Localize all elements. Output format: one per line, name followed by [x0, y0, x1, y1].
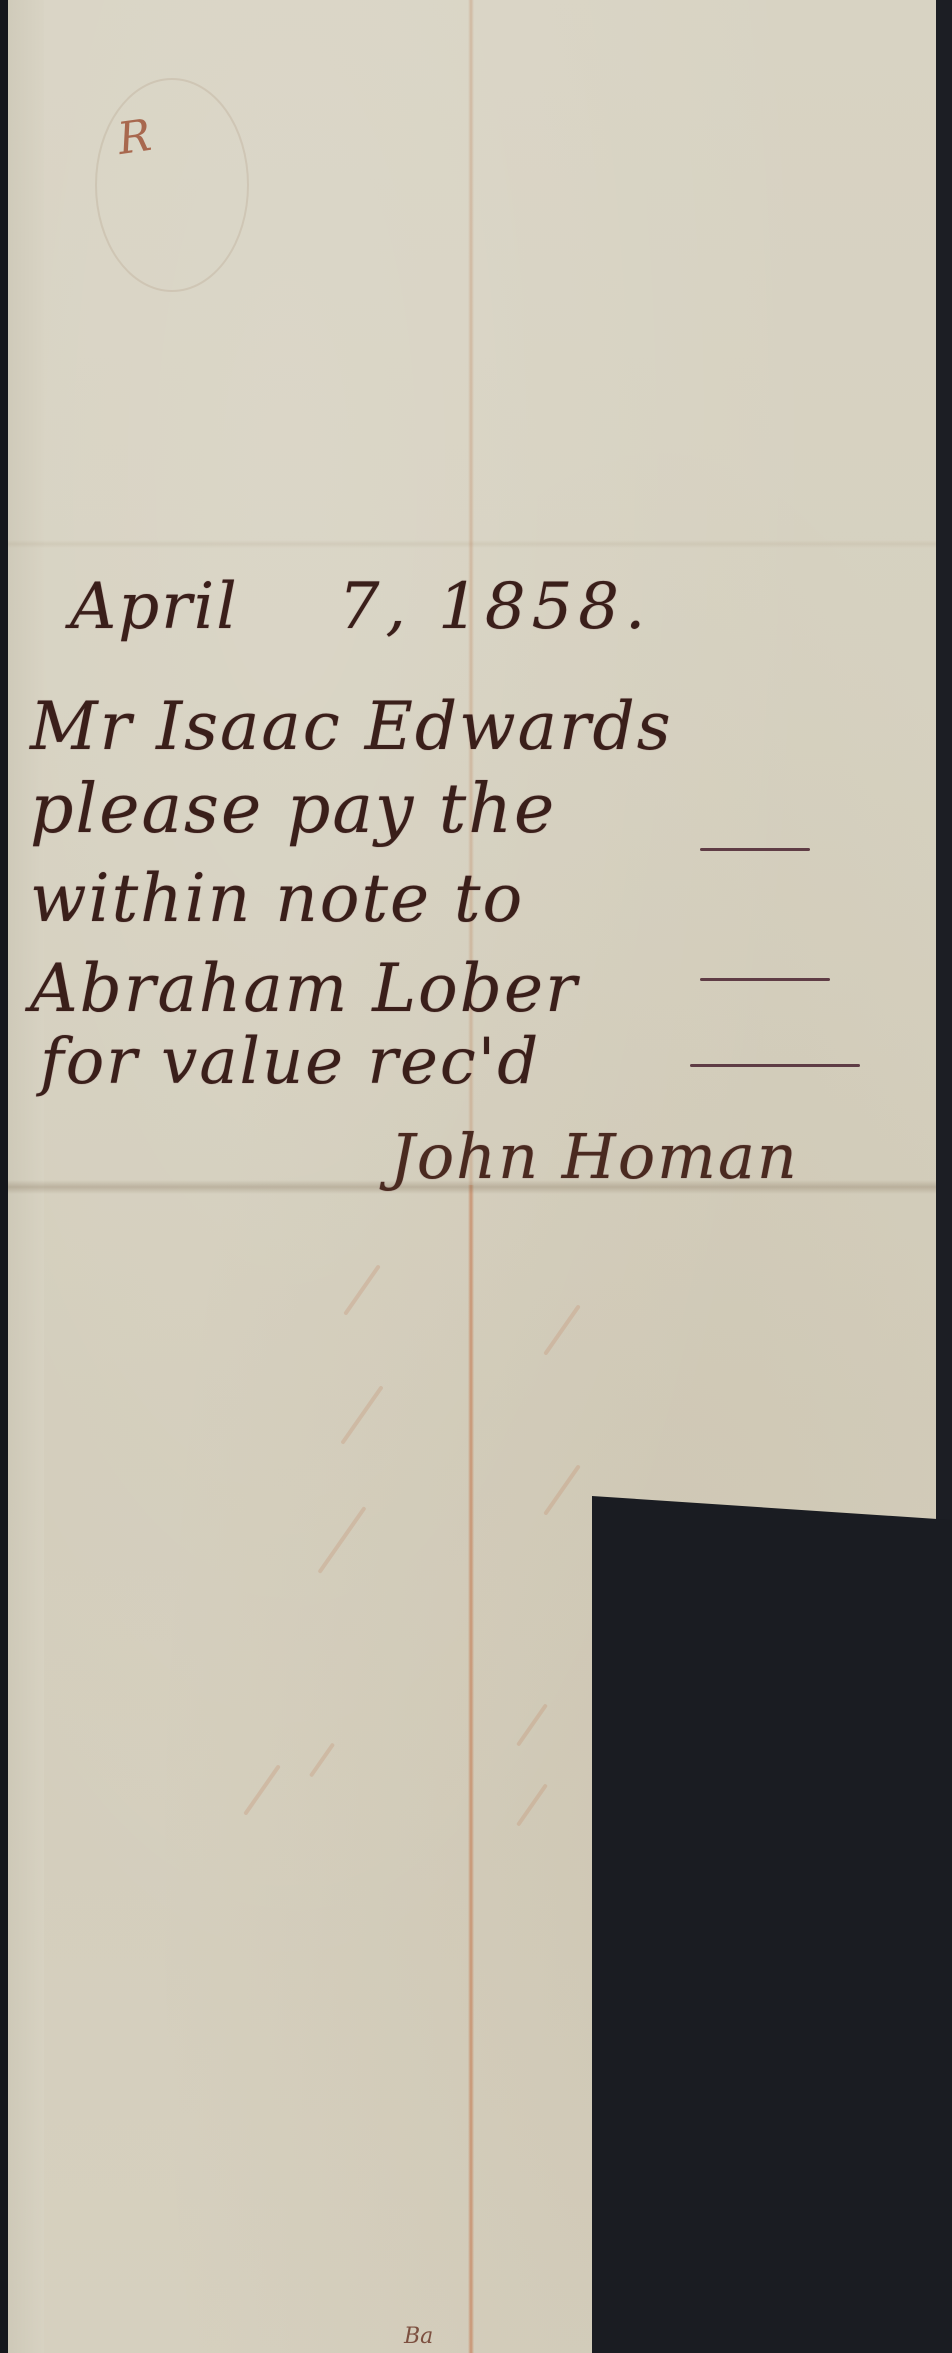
dark-backing-cutout	[592, 1496, 952, 2353]
ink-flourish	[700, 978, 830, 981]
instruction-line-1: please pay the	[30, 770, 556, 849]
signature: John Homan	[390, 1120, 799, 1193]
document-scan: R April7, 1858. Mr Isaac Edwards please …	[0, 0, 952, 2353]
ink-flourish	[690, 1064, 860, 1067]
addressee-line: Mr Isaac Edwards	[30, 688, 673, 765]
faint-stamp-circle	[95, 78, 249, 292]
consideration-line: for value rec'd	[40, 1025, 540, 1099]
corner-mark: R	[115, 110, 155, 165]
paper-left-edge	[8, 0, 44, 2353]
date-line: April7, 1858.	[70, 570, 651, 644]
instruction-line-2: within note to	[30, 860, 524, 937]
bottom-mark: Ba	[404, 2324, 433, 2349]
date-month: April	[70, 570, 239, 644]
fold-line-vertical-stained	[468, 1185, 474, 2353]
date-day-year: 7, 1858.	[339, 570, 652, 644]
payee-line: Abraham Lober	[30, 950, 579, 1027]
ink-flourish	[700, 848, 810, 851]
